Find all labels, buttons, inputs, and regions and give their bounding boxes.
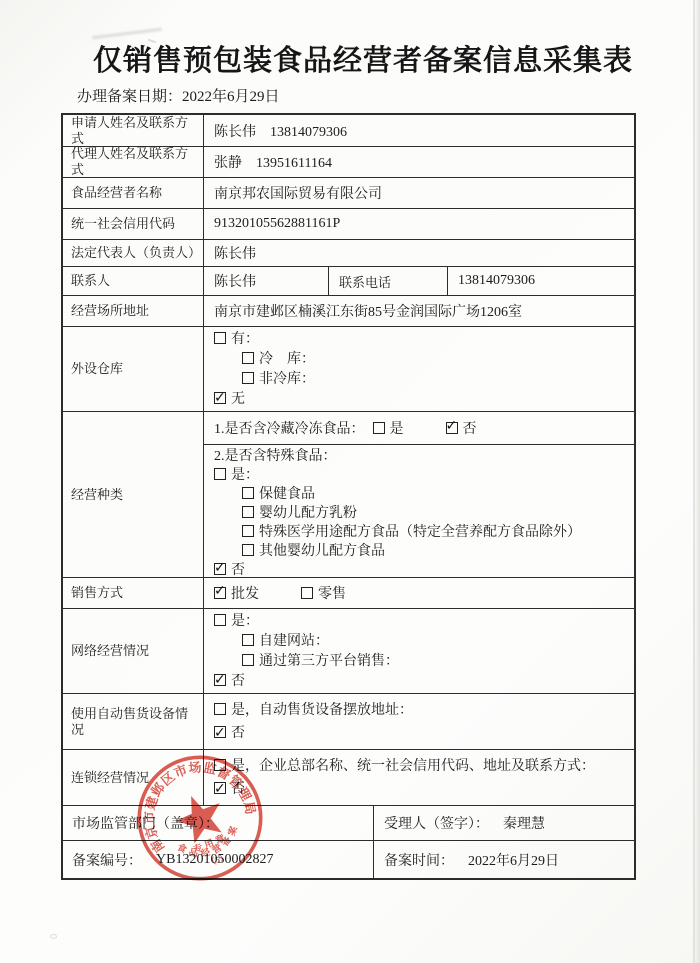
value-cell: 是，自动售货设备摆放地址： 否: [204, 694, 634, 749]
cold-food-question: 1.是否含冷藏冷冻食品： 是 否: [204, 412, 634, 444]
checkbox-unchecked-icon: [242, 372, 254, 384]
checkbox-unchecked-icon: [242, 525, 254, 537]
option-line: 特殊医学用途配方食品（特定全营养配方食品除外）: [242, 523, 634, 542]
value-cell: 南京邦农国际贸易有限公司: [204, 178, 634, 208]
option-label: 保健食品: [259, 487, 315, 502]
checkbox-unchecked-icon: [242, 634, 254, 646]
option-line: 否: [446, 418, 477, 438]
phone-value-cell: 13814079306: [448, 267, 634, 295]
form-table: 申请人姓名及联系方式 陈长伟 13814079306 代理人姓名及联系方式 张静…: [61, 113, 636, 880]
value-cell: 张静 13951611164: [204, 147, 634, 177]
row-legal-representative: 法定代表人（负责人） 陈长伟: [63, 239, 634, 266]
checkbox-unchecked-icon: [214, 759, 226, 771]
record-date-line: 办理备案日期：2022年6月29日: [77, 85, 280, 106]
record-time-value: 2022年6月29日: [468, 850, 559, 870]
option-line: 通过第三方平台销售：: [242, 652, 634, 672]
row-agent: 代理人姓名及联系方式 张静 13951611164: [63, 146, 634, 177]
record-number-cell: 备案编号： YB13201050002827: [63, 841, 374, 878]
option-line: 婴幼儿配方乳粉: [242, 504, 634, 523]
checkbox-unchecked-icon: [242, 352, 254, 364]
row-vending-machine: 使用自动售货设备情况 是，自动售货设备摆放地址： 否: [63, 693, 634, 749]
acceptor-value: 秦理慧: [503, 813, 545, 833]
option-label: 否: [231, 726, 245, 741]
option-line: 保健食品: [242, 485, 634, 504]
checkbox-unchecked-icon: [214, 332, 226, 344]
scan-edge: [693, 0, 695, 963]
option-line: 是，企业总部名称、统一社会信用代码、地址及联系方式：: [214, 755, 634, 778]
label-cell: 食品经营者名称: [63, 178, 204, 208]
record-date-label: 办理备案日期：: [77, 89, 182, 105]
checkbox-unchecked-icon: [214, 614, 226, 626]
row-contact: 联系人 陈长伟 联系电话 13814079306: [63, 266, 634, 295]
checkbox-unchecked-icon: [242, 654, 254, 666]
label-cell: 经营种类: [63, 412, 204, 577]
checkbox-checked-icon: [214, 563, 226, 575]
row-applicant: 申请人姓名及联系方式 陈长伟 13814079306: [63, 115, 634, 146]
label-cell: 网络经营情况: [63, 609, 204, 693]
label-cell: 连锁经营情况: [63, 750, 204, 805]
option-line: 否: [214, 722, 634, 745]
contact-name-cell: 陈长伟: [204, 267, 329, 295]
label-cell: 使用自动售货设备情况: [63, 694, 204, 749]
authority-stamp-cell: 市场监管部门（盖章）：: [63, 806, 374, 840]
checkbox-unchecked-icon: [214, 468, 226, 480]
row-warehouse: 外设仓库 有： 冷 库： 非冷库： 无: [63, 326, 634, 411]
value-cell: 批发 零售: [204, 578, 634, 608]
option-label: 是：: [231, 614, 259, 629]
checkbox-checked-icon: [214, 392, 226, 404]
record-number-label: 备案编号：: [72, 850, 142, 870]
option-line: 是：: [214, 466, 634, 485]
checkbox-unchecked-icon: [301, 587, 313, 599]
acceptor-cell: 受理人（签字）： 秦理慧: [374, 806, 634, 840]
checkbox-checked-icon: [214, 726, 226, 738]
record-date-value: 2022年6月29日: [182, 89, 280, 105]
label-cell: 申请人姓名及联系方式: [63, 115, 204, 146]
value-cell: 是： 自建网站： 通过第三方平台销售： 否: [204, 609, 634, 693]
row-credit-code: 统一社会信用代码 91320105562881161P: [63, 208, 634, 239]
option-label: 否: [231, 782, 245, 797]
row-record-number: 备案编号： YB13201050002827 备案时间： 2022年6月29日: [63, 840, 634, 878]
checkbox-unchecked-icon: [242, 506, 254, 518]
checkbox-unchecked-icon: [214, 703, 226, 715]
option-label: 否: [231, 563, 245, 578]
option-label: 是，企业总部名称、统一社会信用代码、地址及联系方式：: [231, 759, 595, 774]
option-line: 否: [214, 778, 634, 801]
option-line: 批发: [214, 583, 259, 603]
option-line: 自建网站：: [242, 632, 634, 652]
row-business-category: 经营种类 1.是否含冷藏冷冻食品： 是 否 2.是否含特殊食品： 是： 保健食品…: [63, 411, 634, 577]
checkbox-checked-icon: [214, 782, 226, 794]
scanned-form-page: { "colors": { "stamp_red": "#d8473c", "t…: [0, 0, 700, 963]
record-number-value: YB13201050002827: [156, 852, 273, 868]
value-cell: 1.是否含冷藏冷冻食品： 是 否 2.是否含特殊食品： 是： 保健食品 婴幼儿配…: [204, 412, 634, 577]
label-cell: 法定代表人（负责人）: [63, 240, 204, 266]
option-line: 否: [214, 672, 634, 692]
option-line: 冷 库：: [242, 350, 634, 370]
row-address: 经营场所地址 南京市建邺区楠溪江东街85号金润国际广场1206室: [63, 295, 634, 326]
record-time-label: 备案时间：: [384, 850, 454, 870]
checkbox-unchecked-icon: [242, 487, 254, 499]
page-title: 仅销售预包装食品经营者备案信息采集表: [13, 38, 700, 79]
option-label: 特殊医学用途配方食品（特定全营养配方食品除外）: [259, 525, 581, 540]
option-line: 非冷库：: [242, 370, 634, 390]
value-cell: 是，企业总部名称、统一社会信用代码、地址及联系方式： 否: [204, 750, 634, 805]
option-label: 非冷库：: [259, 372, 315, 387]
checkbox-checked-icon: [446, 422, 458, 434]
row-operator-name: 食品经营者名称 南京邦农国际贸易有限公司: [63, 177, 634, 208]
value-cell: 91320105562881161P: [204, 209, 634, 239]
option-label: 无: [231, 392, 245, 407]
option-label: 是: [390, 422, 404, 437]
row-sales-mode: 销售方式 批发 零售: [63, 577, 634, 608]
option-label: 自建网站：: [259, 634, 329, 649]
option-label: 冷 库：: [259, 352, 315, 367]
checkbox-checked-icon: [214, 587, 226, 599]
option-line: 是：: [214, 612, 634, 632]
option-label: 否: [231, 674, 245, 689]
checkbox-unchecked-icon: [242, 544, 254, 556]
label-cell: 联系人: [63, 267, 204, 295]
option-label: 其他婴幼儿配方食品: [259, 544, 385, 559]
option-label: 有：: [231, 332, 259, 347]
option-line: 是: [373, 418, 404, 438]
label-cell: 经营场所地址: [63, 296, 204, 326]
option-label: 否: [463, 422, 477, 437]
checkbox-unchecked-icon: [373, 422, 385, 434]
value-cell: 有： 冷 库： 非冷库： 无: [204, 327, 634, 411]
option-line: 零售: [301, 583, 346, 603]
row-authority: 市场监管部门（盖章）： 受理人（签字）： 秦理慧: [63, 805, 634, 840]
question-text: 1.是否含冷藏冷冻食品：: [214, 418, 365, 438]
option-line: 其他婴幼儿配方食品: [242, 542, 634, 561]
question-text: 2.是否含特殊食品：: [214, 447, 634, 466]
option-label: 是：: [231, 468, 259, 483]
label-cell: 外设仓库: [63, 327, 204, 411]
label-cell: 代理人姓名及联系方式: [63, 147, 204, 177]
phone-label-cell: 联系电话: [329, 267, 448, 295]
value-cell: 陈长伟: [204, 240, 634, 266]
acceptor-label: 受理人（签字）：: [384, 813, 489, 833]
option-label: 通过第三方平台销售：: [259, 654, 399, 669]
row-chain-business: 连锁经营情况 是，企业总部名称、统一社会信用代码、地址及联系方式： 否: [63, 749, 634, 805]
option-line: 有：: [214, 330, 634, 350]
record-time-cell: 备案时间： 2022年6月29日: [374, 841, 634, 878]
special-food-question: 2.是否含特殊食品： 是： 保健食品 婴幼儿配方乳粉 特殊医学用途配方食品（特定…: [204, 444, 634, 577]
option-label: 是，自动售货设备摆放地址：: [231, 703, 413, 718]
option-label: 零售: [318, 587, 346, 602]
option-line: 是，自动售货设备摆放地址：: [214, 699, 634, 722]
option-line: 无: [214, 390, 634, 410]
scan-artifact: [50, 934, 57, 939]
value-cell: 陈长伟 13814079306: [204, 115, 634, 146]
row-online-business: 网络经营情况 是： 自建网站： 通过第三方平台销售： 否: [63, 608, 634, 693]
label-cell: 统一社会信用代码: [63, 209, 204, 239]
option-label: 婴幼儿配方乳粉: [259, 506, 357, 521]
label-cell: 销售方式: [63, 578, 204, 608]
value-cell: 南京市建邺区楠溪江东街85号金润国际广场1206室: [204, 296, 634, 326]
option-label: 批发: [231, 587, 259, 602]
checkbox-checked-icon: [214, 674, 226, 686]
